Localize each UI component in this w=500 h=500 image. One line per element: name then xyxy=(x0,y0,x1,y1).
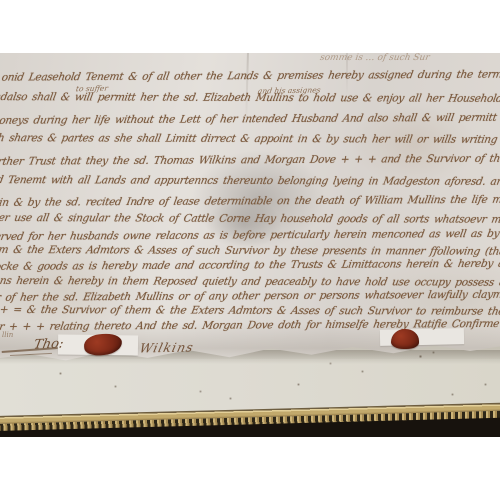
manuscript-line: her use all & singular the Stock of Catt… xyxy=(0,212,500,226)
signature-wilkins: Wilkins xyxy=(138,340,195,356)
right-wax-seal-icon xyxy=(391,329,419,349)
framed-document-photo: somme is … of such Sur onid Leasehold Te… xyxy=(0,53,500,437)
manuscript-top-fragment: somme is … of such Sur xyxy=(319,53,430,63)
manuscript-line: = + = & the Survivor of them & the Exter… xyxy=(0,304,500,318)
margin-fragment: llin xyxy=(2,331,13,339)
dust-specks xyxy=(0,53,1,54)
page: { "doc": { "top_fragment": "somme is \u2… xyxy=(0,0,500,500)
signature-initials: Tho: xyxy=(33,336,65,352)
interlinear-note: and his assignes xyxy=(257,85,321,95)
manuscript-line: hem & the Exters Admtors & Asses of such… xyxy=(0,244,500,258)
interlinear-note: to suffer xyxy=(75,84,108,94)
manuscript-line: cons herein & hereby in them Reposed qui… xyxy=(0,275,500,289)
manuscript-line: ch shares & partes as she shall Limitt d… xyxy=(0,132,500,146)
manuscript-line: nd Tenemt with all Lands and appurtenncs… xyxy=(0,174,500,188)
